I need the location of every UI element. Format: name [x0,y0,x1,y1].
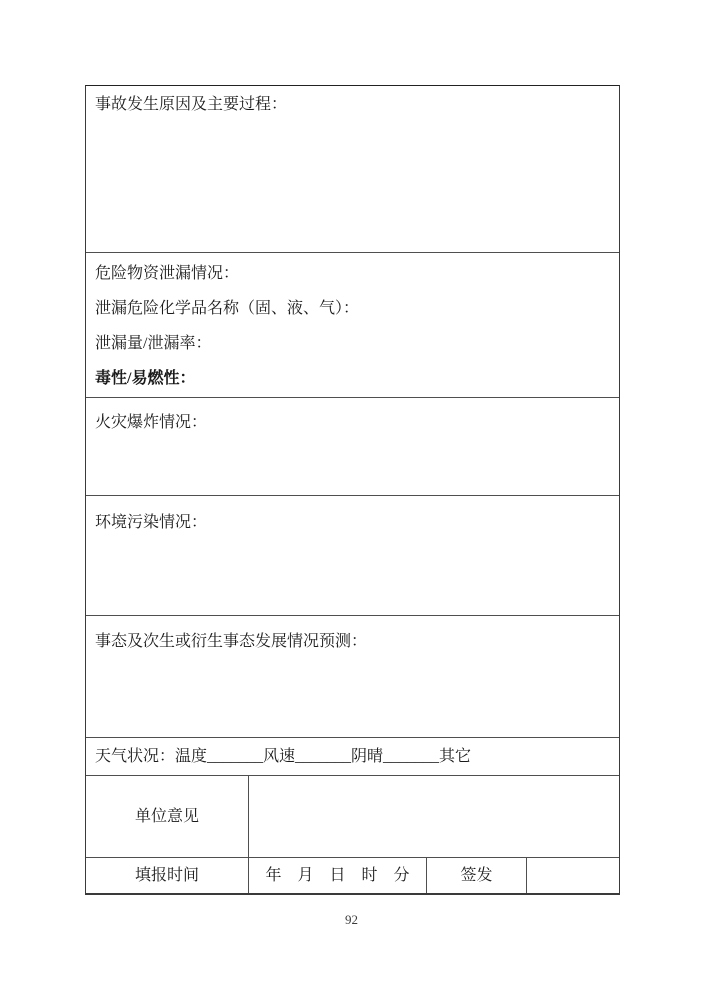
unit-opinion-label-cell: 单位意见 [86,776,248,857]
issue-label: 签发 [460,865,492,887]
fill-time-datetime-cell: 年 月 日 时 分 [248,858,426,893]
accident-cause-label: 事故发生原因及主要过程： [95,96,287,113]
unit-opinion-blank-cell [248,776,619,857]
leakage-amount-rate-label: 泄漏量/泄漏率： [95,326,610,361]
toxicity-flammability-label: 毒性/易燃性： [95,361,610,396]
weather-line-label: 天气状况：温度_______风速_______阴晴_______其它 [95,746,471,768]
situation-prediction-label: 事态及次生或衍生事态发展情况预测： [95,633,367,650]
issue-label-cell: 签发 [426,858,526,893]
fire-explosion-label: 火灾爆炸情况： [95,414,207,431]
row-environmental-pollution: 环境污染情况： [86,496,619,616]
leakage-chemical-name-label: 泄漏危险化学品名称（固、液、气）： [95,291,610,326]
page-number: 92 [0,912,703,928]
datetime-label: 年 月 日 时 分 [265,865,409,887]
row-situation-prediction: 事态及次生或衍生事态发展情况预测： [86,616,619,738]
row-hazard-leakage: 危险物资泄漏情况： 泄漏危险化学品名称（固、液、气）： 泄漏量/泄漏率： 毒性/… [86,253,619,398]
row-fill-time: 填报时间 年 月 日 时 分 签发 [86,858,619,893]
fill-time-label: 填报时间 [135,865,199,887]
row-unit-opinion: 单位意见 [86,776,619,858]
leakage-title-label: 危险物资泄漏情况： [95,256,610,291]
fill-time-label-cell: 填报时间 [86,858,248,893]
accident-report-table: 事故发生原因及主要过程： 危险物资泄漏情况： 泄漏危险化学品名称（固、液、气）：… [85,85,620,895]
issue-blank-cell [526,858,619,893]
document-page: 事故发生原因及主要过程： 危险物资泄漏情况： 泄漏危险化学品名称（固、液、气）：… [0,0,703,994]
row-weather: 天气状况：温度_______风速_______阴晴_______其它 [86,738,619,776]
unit-opinion-label: 单位意见 [135,806,199,828]
environmental-pollution-label: 环境污染情况： [95,514,207,531]
row-accident-cause: 事故发生原因及主要过程： [86,86,619,253]
row-fire-explosion: 火灾爆炸情况： [86,398,619,496]
